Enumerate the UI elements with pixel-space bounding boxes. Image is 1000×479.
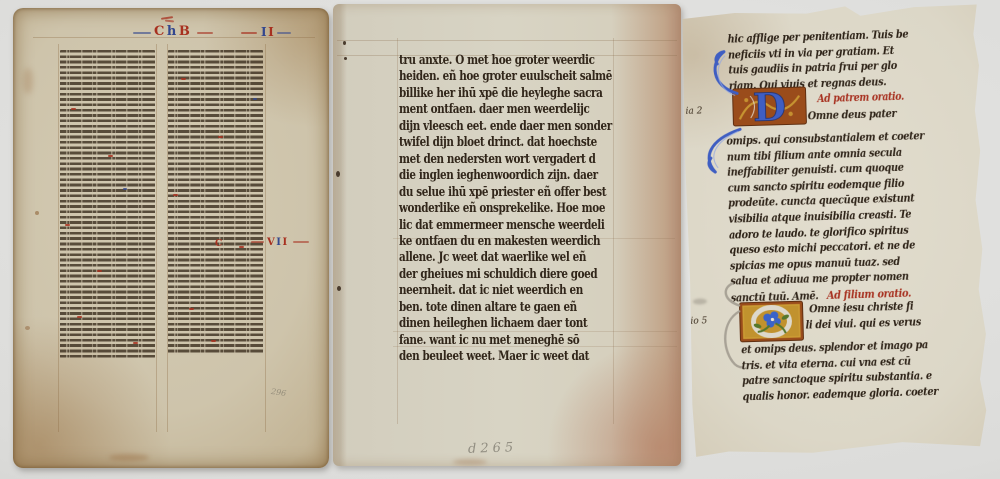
lines-beside-initial: Omne iesu christe fi li dei viui. qui es… (809, 298, 942, 333)
left-manuscript-leaf: C h B I I (13, 8, 329, 468)
photograph-of-three-manuscript-leaves: C h B I I (0, 0, 1000, 479)
text-block: tru anxte. O met hoe groter weerdic heid… (399, 53, 665, 366)
column-ruling (58, 44, 59, 432)
sewing-hole (344, 57, 347, 60)
running-title-letter: h (167, 25, 177, 38)
text-line: ke ontfaen du en makesten weerdich (399, 234, 612, 250)
header-flourish (277, 32, 291, 34)
rubric-mark (218, 136, 223, 138)
text-line: wonderlike eñ onsprekelike. Hoe moe (399, 201, 612, 217)
text-block: hic afflige per penitentiam. Tuis be nef… (727, 26, 941, 94)
ruling-line (397, 38, 398, 424)
header-flourish (197, 32, 213, 34)
text-line: allene. Jc weet dat waerlike wel eñ (399, 250, 612, 266)
rubric-mark (189, 308, 194, 310)
initial-letter: D (752, 86, 786, 126)
rubric-mark (253, 98, 257, 100)
text-block: omips. qui consubstantialem et coeter nu… (726, 127, 963, 289)
sewing-hole (336, 171, 340, 177)
rubric-mark (211, 340, 216, 342)
text-line: li dei viui. qui es verus (805, 314, 921, 333)
rubric-mark (123, 188, 127, 190)
chapter-numeral-letter: I (282, 236, 287, 249)
rubric-mark (65, 224, 70, 226)
rubric-mark (181, 78, 186, 80)
header-squiggle (165, 20, 174, 23)
pencil-folio-number: 296 (270, 387, 286, 398)
text-line: dijn vleesch eet. ende daer men sonder (399, 119, 612, 135)
text-line: ment ontfaen. daer men weerdelijc (399, 102, 612, 118)
text-block: et omips deus. splendor et imago pa tris… (741, 336, 973, 405)
header-flourish (133, 32, 151, 34)
chapter-flourish (251, 241, 264, 243)
stain-smudge (109, 454, 149, 461)
pencil-inscription: d265 (468, 440, 518, 457)
chapter-numeral: V I I (267, 236, 288, 249)
text-line: lic dat emmermeer mensche weerdeli (399, 218, 612, 234)
text-column-left (60, 50, 155, 358)
stain-smudge (453, 459, 487, 465)
stain-speck (35, 211, 39, 215)
rubric-mark (239, 246, 244, 248)
rubric-mark (77, 316, 82, 318)
illuminated-initial-O: O (739, 301, 804, 343)
folio-numeral-letter: I (261, 26, 267, 39)
text-line: heiden. eñ hoe groter euulscheit salmē (399, 69, 612, 85)
ruling-line (337, 40, 677, 41)
stain-speck (25, 326, 30, 330)
chapter-numeral-letter: I (276, 236, 281, 249)
text-line: Omne deus pater (808, 106, 897, 124)
rubric-ad-patrem: Ad patrem oratio. (817, 88, 919, 106)
text-line: fane. want ic nu met meneghē sō (399, 333, 612, 349)
header-flourish (241, 32, 257, 34)
rubric-mark (133, 342, 138, 344)
folio-numeral: I I (261, 26, 274, 39)
rubric-mark (71, 108, 76, 110)
text-line: die inglen ieghenwoordich zijn. daer (399, 168, 612, 184)
middle-manuscript-leaf: tru anxte. O met hoe groter weerdic heid… (333, 4, 681, 466)
running-title-letter: C (154, 25, 165, 38)
stain-smudge (23, 68, 33, 94)
column-ruling (156, 44, 157, 432)
chapter-flourish (293, 241, 309, 243)
text-line: ben. tote dinen altare te gaen eñ (399, 300, 612, 316)
sewing-hole (343, 41, 346, 45)
sewing-hole (337, 286, 341, 291)
folio-numeral-letter: I (268, 26, 274, 39)
text-line: dinen heileghen lichaem daer tont (399, 316, 612, 332)
text-line: der gheiues mi schuldich diere goed (399, 267, 612, 283)
rubric-mark (173, 194, 178, 196)
line-beside-initial: Omne deus pater (808, 106, 913, 124)
margin-note: ia 2 (685, 106, 702, 116)
chapter-numeral-letter: V (267, 236, 275, 249)
margin-note: io 5 (690, 316, 707, 326)
pencil-smudge (693, 298, 707, 304)
column-ruling (265, 44, 266, 432)
running-title: C h B (154, 25, 190, 38)
text-line: met den nedersten wort vergadert d (399, 152, 612, 168)
text-line: tru anxte. O met hoe groter weerdic (399, 53, 612, 69)
rubric-text: Ad patrem oratio. (817, 89, 904, 107)
right-manuscript-leaf: hic afflige per penitentiam. Tuis be nef… (681, 3, 992, 459)
text-line: billike her ihū xpē die heyleghe sacra (399, 86, 612, 102)
text-line: du selue ihū xpē priester eñ offer best (399, 185, 612, 201)
running-title-letter: B (179, 25, 191, 38)
text-line: twifel dijn bloet drinct. dat hoechste (399, 135, 612, 151)
rubric-mark (97, 270, 102, 272)
text-column-right (168, 50, 263, 355)
text-line: neernheit. dat ic niet weerdich en (399, 283, 612, 299)
rubric-mark (108, 155, 113, 157)
chapter-mark: C (215, 238, 223, 251)
text-line: den beuleet weet. Maer ic weet dat (399, 349, 612, 365)
